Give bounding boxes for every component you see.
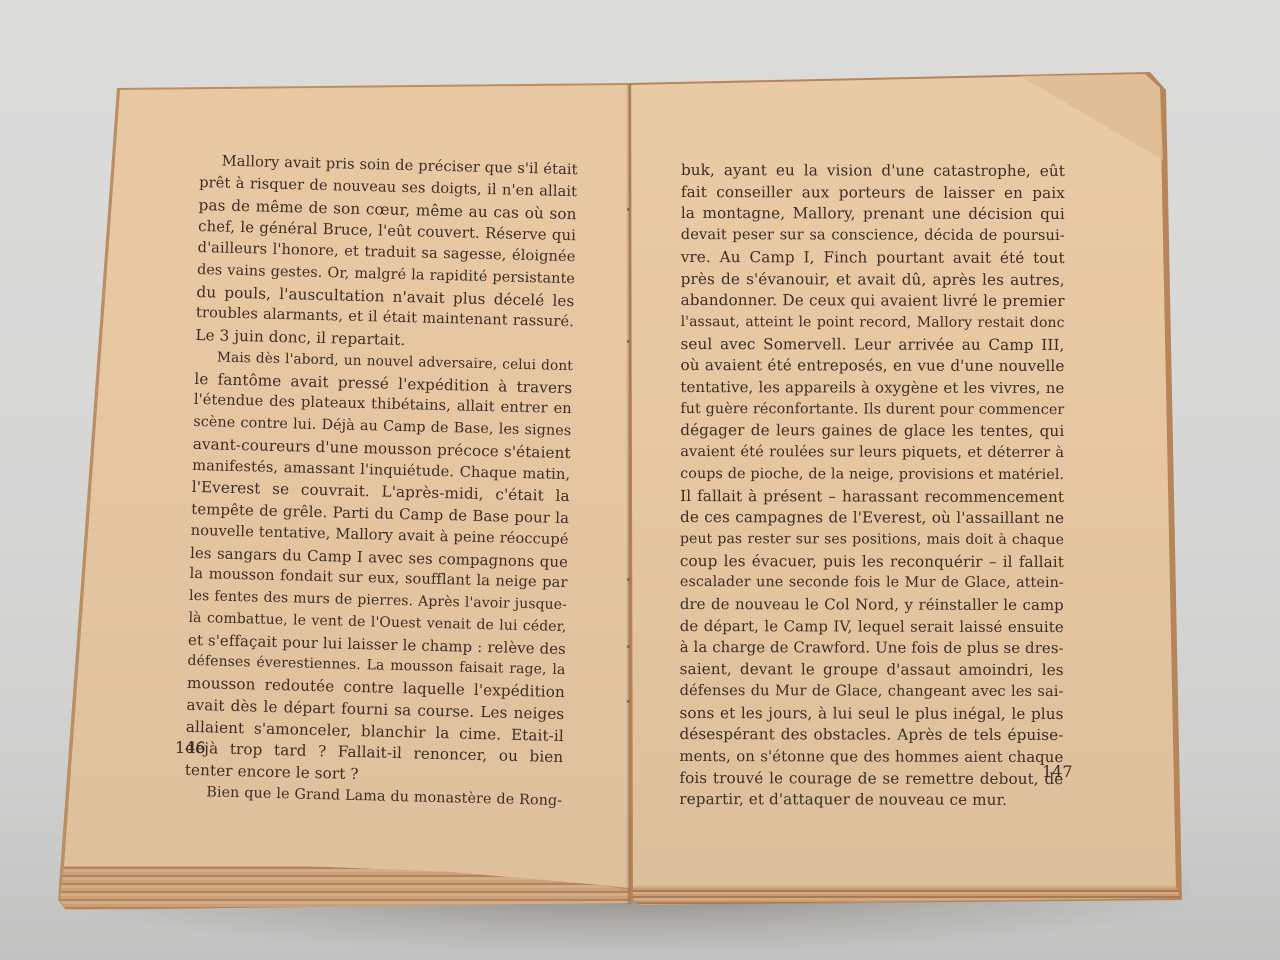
text-line: seul avec Somervell. Leur arrivée au Cam…: [680, 333, 1064, 356]
text-line: coups de pioche, de la neige, provisions…: [680, 463, 1064, 486]
text-line: escalader une seconde fois le Mur de Gla…: [680, 571, 1064, 594]
text-line: avaient été roulées sur leurs piquets, e…: [680, 441, 1064, 464]
text-line: fait conseiller aux porteurs de laisser …: [681, 181, 1065, 204]
text-line: défenses du Mur de Glace, changeant avec…: [680, 680, 1064, 703]
text-line: près de s'évanouir, et avait dû, après l…: [681, 267, 1065, 290]
text-line: abandonner. De ceux qui avaient livré le…: [681, 289, 1065, 312]
spine-stitch: [627, 340, 630, 343]
spine-stitch: [627, 645, 630, 648]
text-line: l'assaut, atteint le point record, Mallo…: [681, 311, 1065, 334]
text-line: devait peser sur sa conscience, décida d…: [681, 224, 1065, 247]
text-line: fut guère réconfortante. Ils durent pour…: [680, 398, 1064, 421]
text-line: repartir, et d'attaquer de nouveau ce mu…: [679, 788, 1063, 811]
text-line: où avaient été entreposés, en vue d'une …: [680, 354, 1064, 377]
book-spine: [626, 84, 632, 904]
spine-stitch: [627, 700, 630, 703]
text-line: la montagne, Mallory, prenant une décisi…: [681, 202, 1065, 225]
text-line: désespérant des obstacles. Après de tels…: [679, 723, 1063, 746]
text-line: vre. Au Camp I, Finch pourtant avait été…: [681, 246, 1065, 269]
text-line: coup les évacuer, puis les reconquérir –…: [680, 550, 1064, 573]
text-line: peut pas rester sur ses positions, mais …: [680, 528, 1064, 551]
text-line: dégager de leurs gaines de glace les ten…: [680, 419, 1064, 442]
text-line: Il fallait à présent – harassant recomme…: [680, 484, 1064, 507]
text-line: sons et les jours, à lui seul le plus in…: [680, 701, 1064, 724]
right-page-number: 147: [1042, 762, 1073, 781]
text-line: de départ, le Camp IV, lequel serait lai…: [680, 615, 1064, 638]
text-line: ments, on s'étonne que des hommes aient …: [679, 745, 1063, 768]
text-line: fois trouvé le courage de se remettre de…: [679, 767, 1063, 790]
photo-scene: Mallory avait pris soin de préciser que …: [0, 0, 1280, 960]
text-line: dre de nouveau le Col Nord, y réinstalle…: [680, 593, 1064, 616]
spine-stitch: [627, 578, 630, 581]
text-line: buk, ayant eu la vision d'une catastroph…: [681, 159, 1065, 182]
spine-stitch: [627, 208, 630, 211]
text-line: saient, devant le groupe d'assaut amoind…: [680, 658, 1064, 681]
text-line: à la charge de Crawford. Une fois de plu…: [680, 636, 1064, 659]
text-line: de ces campagnes de l'Everest, où l'assa…: [680, 506, 1064, 529]
text-line: tentative, les appareils à oxygène et le…: [680, 376, 1064, 399]
left-page-number: 146: [175, 738, 206, 757]
